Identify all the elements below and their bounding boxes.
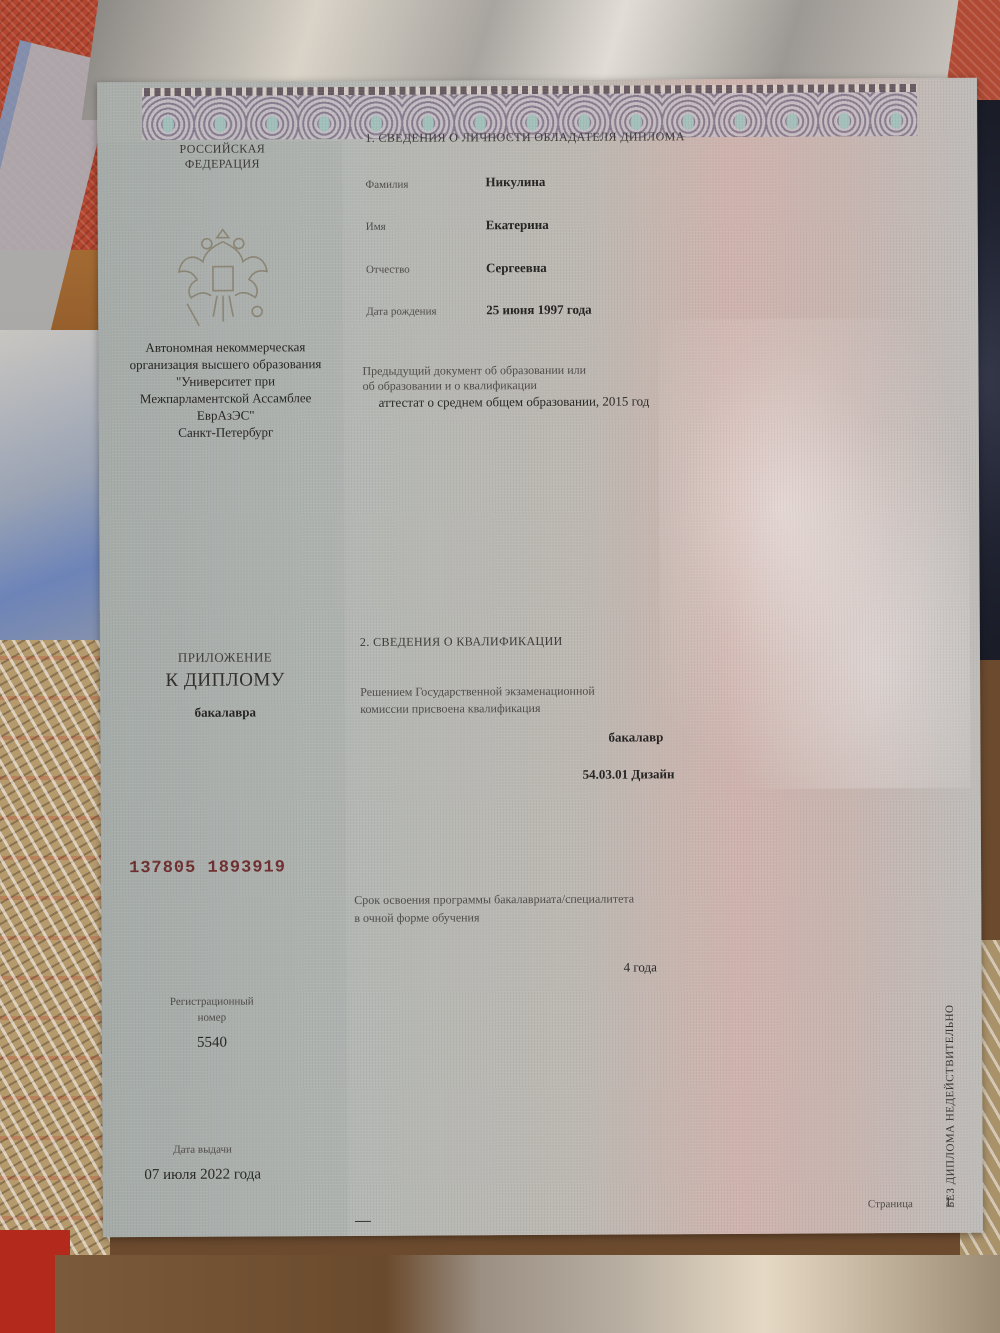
previous-document-value: аттестат о среднем общем образовании, 20…	[379, 393, 650, 410]
divider-mark	[355, 1221, 371, 1222]
institution-line: ЕврАзЭС"	[111, 406, 341, 424]
registration-label: Регистрационный номер	[142, 993, 282, 1026]
registration-number: 5540	[142, 1034, 282, 1052]
institution-line: "Университет при	[111, 372, 341, 390]
qualification-value: бакалавр	[608, 729, 663, 745]
duration-label-line: Срок освоения программы бакалавриата/спе…	[354, 890, 634, 909]
surname-label: Фамилия	[365, 179, 408, 191]
registration-label-line: номер	[142, 1009, 282, 1026]
patronymic-value: Сергеевна	[486, 260, 547, 276]
plastic-sleeve-glare	[658, 318, 970, 790]
validity-note: БЕЗ ДИПЛОМА НЕДЕЙСТВИТЕЛЬНО	[944, 1004, 957, 1207]
program-value: 54.03.01 Дизайн	[583, 766, 675, 782]
registration-label-line: Регистрационный	[142, 993, 282, 1010]
previous-document-label: Предыдущий документ об образовании или о…	[362, 363, 586, 394]
country-line: РОССИЙСКАЯ	[157, 141, 287, 157]
birth-date-label: Дата рождения	[366, 306, 436, 318]
patronymic-label: Отчество	[366, 264, 410, 276]
study-duration-label: Срок освоения программы бакалавриата/спе…	[354, 890, 634, 927]
degree-level: бакалавра	[140, 704, 310, 721]
coat-of-arms-icon	[173, 221, 274, 332]
section1-heading: 1. СВЕДЕНИЯ О ЛИЧНОСТИ ОБЛАДАТЕЛЯ ДИПЛОМ…	[365, 129, 685, 146]
first-name-label: Имя	[366, 221, 386, 233]
first-name-value: Екатерина	[486, 217, 549, 233]
issue-date: 07 июля 2022 года	[118, 1166, 288, 1184]
background-foil-bottom	[55, 1255, 1000, 1333]
institution-name: Автономная некоммерческая организация вы…	[110, 338, 341, 441]
institution-line: организация высшего образования	[110, 355, 340, 373]
decision-label-line: комиссии присвоена квалификация	[360, 700, 595, 718]
country-name: РОССИЙСКАЯ ФЕДЕРАЦИЯ	[157, 141, 287, 172]
institution-line: Санкт-Петербург	[111, 423, 341, 441]
duration-label-line: в очной форме обучения	[354, 908, 634, 927]
serial-number: 137805 1893919	[129, 858, 286, 878]
appendix-title-line1: ПРИЛОЖЕНИЕ	[140, 649, 310, 666]
previous-document-label-line: Предыдущий документ об образовании или	[362, 363, 586, 379]
previous-document-label-line: об образовании и о квалификации	[363, 378, 587, 394]
study-duration-value: 4 года	[624, 959, 657, 975]
diploma-appendix-page: РОССИЙСКАЯ ФЕДЕРАЦИЯ Автономная некоммер…	[97, 78, 983, 1238]
page-label: Страница	[868, 1198, 913, 1210]
issue-date-label: Дата выдачи	[143, 1143, 263, 1156]
institution-line: Автономная некоммерческая	[110, 338, 340, 356]
section2-heading: 2. СВЕДЕНИЯ О КВАЛИФИКАЦИИ	[360, 634, 563, 650]
institution-line: Межпарламентской Ассамблее	[111, 389, 341, 407]
country-line: ФЕДЕРАЦИЯ	[157, 156, 287, 172]
appendix-title-line2: К ДИПЛОМУ	[140, 669, 310, 692]
qualification-decision-label: Решением Государственной экзаменационной…	[360, 683, 595, 718]
surname-value: Никулина	[485, 174, 545, 190]
decision-label-line: Решением Государственной экзаменационной	[360, 683, 595, 701]
birth-date-value: 25 июня 1997 года	[486, 302, 592, 319]
